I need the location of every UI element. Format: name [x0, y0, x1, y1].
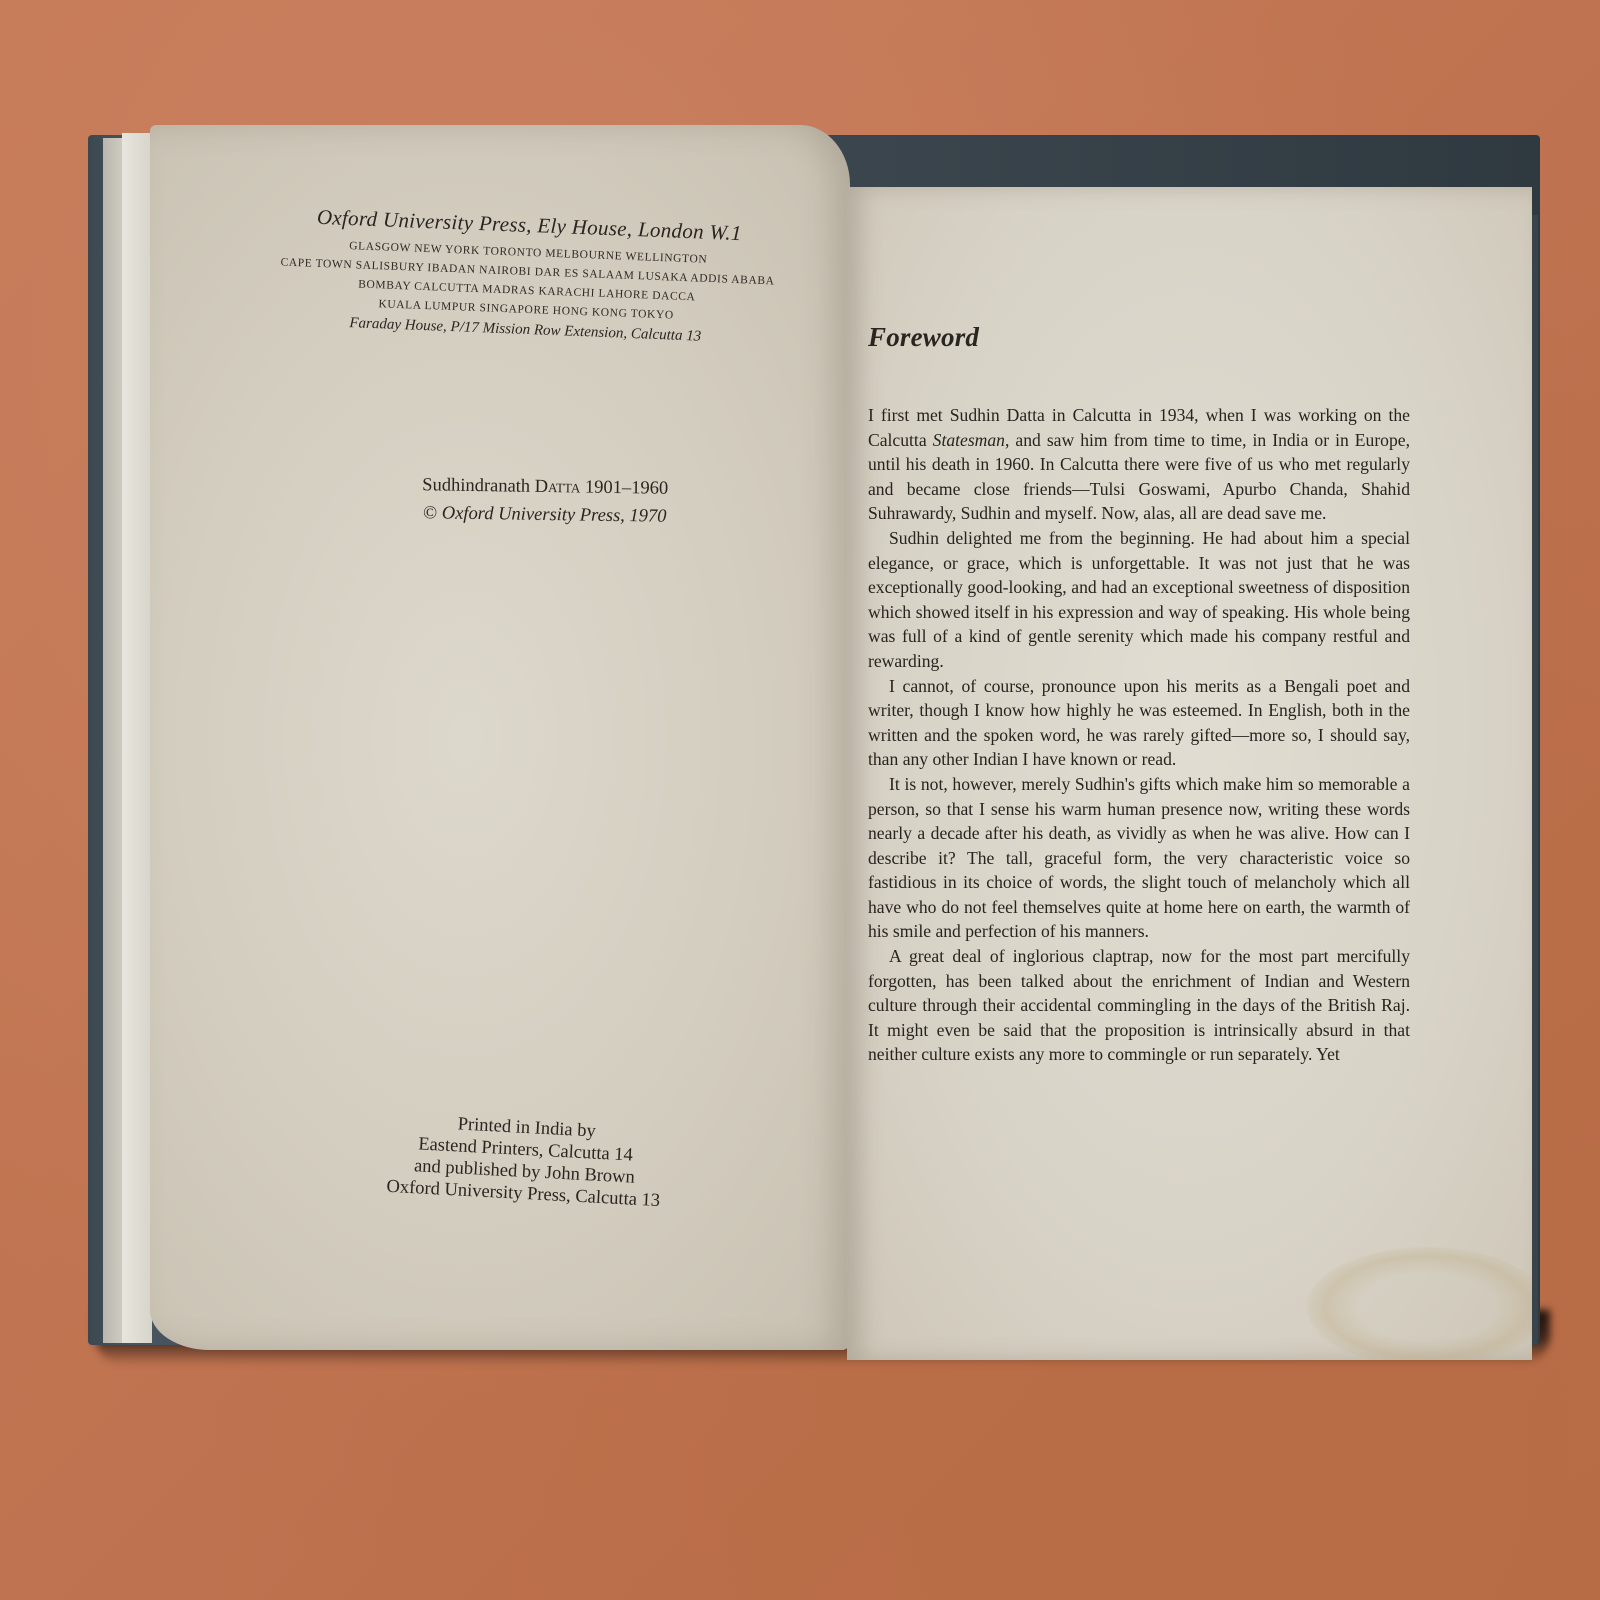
- right-page: Foreword I first met Sudhin Datta in Cal…: [847, 187, 1532, 1360]
- page-stack-edge: [122, 133, 152, 1343]
- foreword-section: Foreword I first met Sudhin Datta in Cal…: [868, 322, 1410, 1067]
- foreword-title: Foreword: [868, 322, 1410, 353]
- copyright-block: Sudhindranath Datta 1901–1960 © Oxford U…: [380, 471, 711, 532]
- foreword-paragraph: A great deal of inglorious claptrap, now…: [868, 944, 1410, 1067]
- author-first-name: Sudhindranath: [422, 475, 535, 497]
- copyright-icon: ©: [423, 503, 437, 523]
- water-stain: [1307, 1247, 1532, 1360]
- foreword-paragraph: I first met Sudhin Datta in Calcutta in …: [868, 403, 1410, 526]
- foreword-paragraph: I cannot, of course, pronounce upon his …: [868, 674, 1410, 772]
- page-stack-edge: [103, 138, 123, 1343]
- copyright-line: © Oxford University Press, 1970: [380, 499, 710, 532]
- left-page: Oxford University Press, Ely House, Lond…: [150, 125, 850, 1350]
- foreword-paragraph: It is not, however, merely Sudhin's gift…: [868, 772, 1410, 944]
- foreword-paragraph: Sudhin delighted me from the beginning. …: [868, 526, 1410, 674]
- author-years: 1901–1960: [580, 477, 668, 498]
- copyright-text: Oxford University Press, 1970: [437, 503, 667, 526]
- printer-credits: Printed in India by Eastend Printers, Ca…: [353, 1108, 697, 1214]
- publisher-imprint: Oxford University Press, Ely House, Lond…: [265, 203, 789, 349]
- newspaper-title: Statesman: [933, 430, 1005, 450]
- author-surname: Datta: [535, 477, 581, 498]
